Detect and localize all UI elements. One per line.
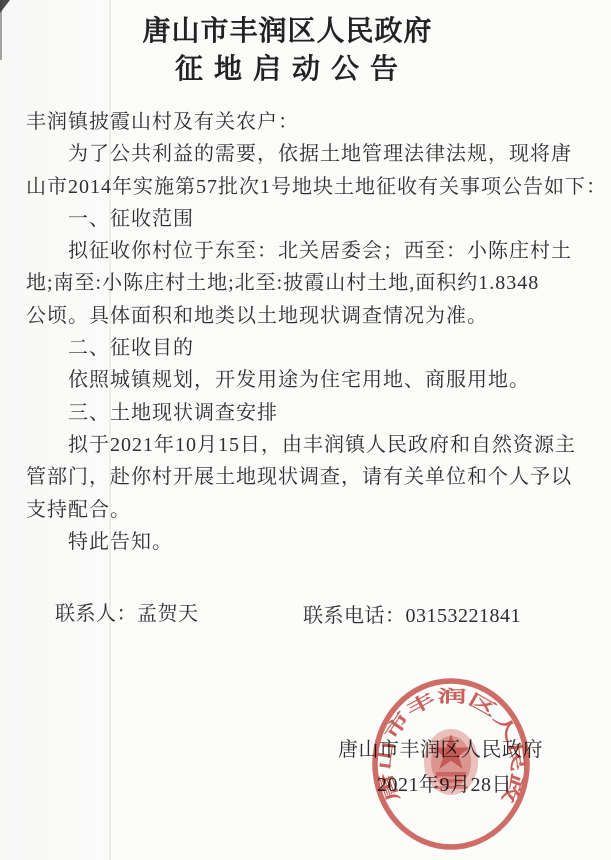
document-text-line: 丰润镇披霞山村及有关农户： <box>26 106 587 138</box>
document-text-line: 一、征收范围 <box>26 203 587 235</box>
document-title: 唐山市丰润区人民政府 <box>0 12 575 52</box>
document-text-line: 二、征收目的 <box>26 332 587 364</box>
contact-phone: 联系电话：03153221841 <box>303 599 521 628</box>
document-text-line: 公顷。具体面积和地类以土地现状调查情况为准。 <box>26 300 587 332</box>
document-text-line: 依照城镇规划，开发用途为住宅用地、商服用地。 <box>26 364 587 396</box>
document-text-line: 拟于2021年10月15日，由丰润镇人民政府和自然资源主 <box>26 429 587 461</box>
document-header: 唐山市丰润区人民政府 征 地 启 动 公 告 <box>0 12 575 88</box>
document-text-line: 拟征收你村位于东至：北关居委会；西至：小陈庄村土 <box>26 235 587 267</box>
announcement-document: 唐山市丰润区人民政府 征 地 启 动 公 告 丰润镇披霞山村及有关农户：为了公共… <box>0 0 611 860</box>
contact-row: 联系人：孟贺天 联系电话：03153221841 <box>0 597 611 627</box>
document-text-line: 山市2014年实施第57批次1号地块土地征收有关事项公告如下： <box>26 171 587 203</box>
national-emblem-icon <box>424 729 478 795</box>
document-text-line: 三、土地现状调查安排 <box>26 397 587 429</box>
document-text-line: 特此告知。 <box>26 526 587 558</box>
contact-person: 联系人：孟贺天 <box>55 597 199 626</box>
official-seal: 唐山市丰润区人民政府 <box>369 676 533 852</box>
document-subtitle: 征 地 启 动 公 告 <box>0 52 575 88</box>
document-text-line: 管部门，赴你村开展土地现状调查，请有关单位和个人予以 <box>26 461 587 493</box>
document-body: 丰润镇披霞山村及有关农户：为了公共利益的需要，依据土地管理法律法规，现将唐山市2… <box>26 106 587 558</box>
document-text-line: 地;南至:小陈庄村土地;北至:披霞山村土地,面积约1.8348 <box>26 267 587 299</box>
document-text-line: 支持配合。 <box>26 494 587 526</box>
document-text-line: 为了公共利益的需要，依据土地管理法律法规，现将唐 <box>26 138 587 170</box>
